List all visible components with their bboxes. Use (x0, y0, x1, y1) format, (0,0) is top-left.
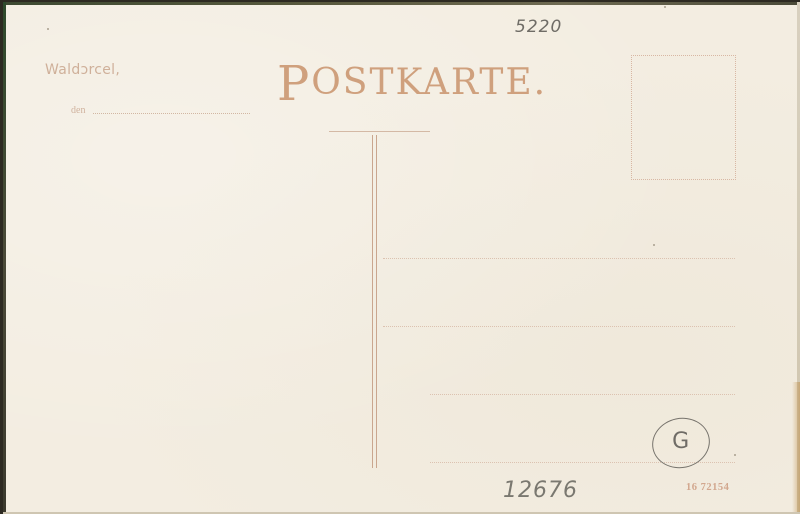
address-line-1 (383, 258, 735, 259)
circled-letter-mark: G (647, 413, 714, 474)
sender-place: Waldɔrcel, (45, 62, 120, 78)
page-title: POSTKARTE. (277, 60, 547, 108)
paper-speck (47, 28, 49, 30)
paper-speck (664, 6, 666, 8)
date-label: den (71, 105, 85, 116)
card-edge-left (3, 2, 6, 514)
address-line-2 (383, 326, 735, 327)
center-divider-right (376, 135, 377, 468)
stamp-box (631, 55, 736, 180)
title-rest: OSTKARTE. (311, 62, 547, 103)
address-line-3 (430, 394, 735, 395)
paper-speck (653, 244, 655, 246)
pencil-note-bottom: 12676 (503, 478, 578, 503)
title-initial: P (277, 56, 311, 112)
date-dotted-line (93, 113, 250, 114)
printer-code: 16 72154 (686, 482, 729, 493)
paper-speck (734, 454, 736, 456)
foxing-stain (792, 382, 800, 514)
pencil-note-top: 5220 (515, 17, 562, 37)
card-edge-top (3, 2, 800, 5)
circled-letter: G (653, 429, 709, 454)
center-divider-left (372, 135, 373, 468)
title-underline (329, 131, 430, 132)
postcard: Waldɔrcel, den POSTKARTE. 5220 12676 G 1… (3, 2, 800, 514)
